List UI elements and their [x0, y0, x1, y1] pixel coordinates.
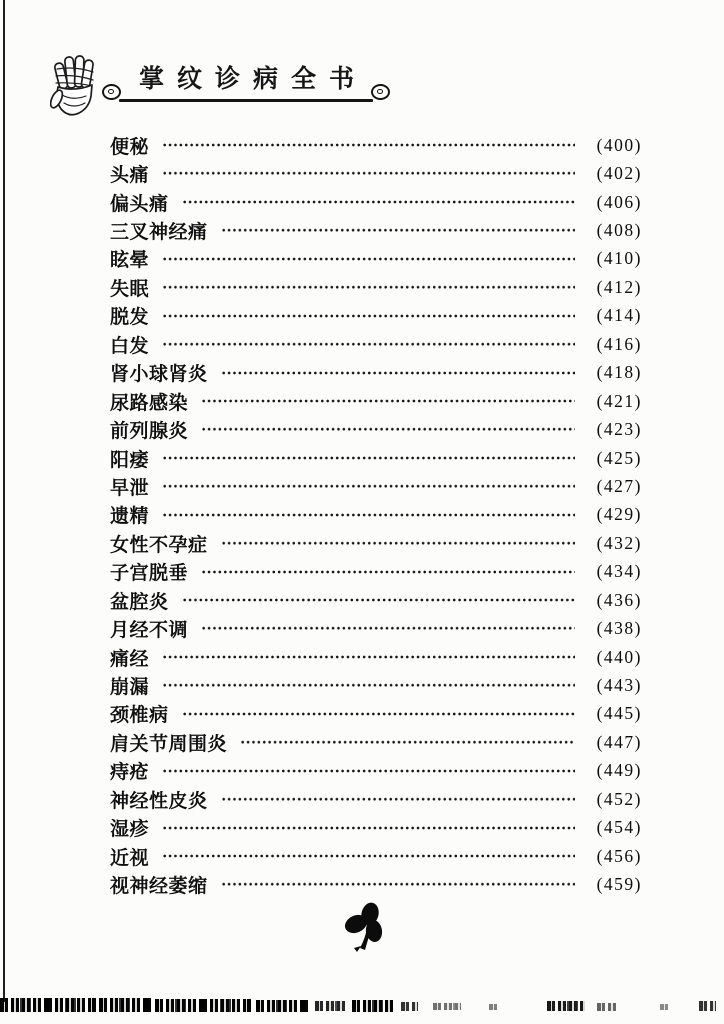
dot-leader — [162, 671, 575, 699]
dot-leader — [162, 330, 575, 358]
toc-row: 脱发 (414) — [110, 302, 642, 330]
toc-entry-page: (445) — [585, 703, 642, 724]
toc-entry-page: (423) — [585, 419, 642, 440]
toc-row: 偏头痛 (406) — [110, 188, 642, 216]
toc-entry-page: (438) — [585, 618, 642, 639]
dot-leader — [201, 614, 575, 642]
scan-noise — [0, 995, 724, 1017]
toc-entry-page: (436) — [585, 590, 642, 611]
toc-entry-page: (429) — [585, 504, 642, 525]
toc-entry-label: 神经性皮炎 — [110, 786, 208, 813]
toc-row: 便秘 (400) — [110, 131, 642, 159]
dot-leader — [221, 359, 575, 387]
toc-row: 失眠 (412) — [110, 273, 642, 301]
toc-entry-label: 崩漏 — [110, 672, 149, 699]
toc-entry-label: 头痛 — [110, 160, 149, 187]
toc-row: 视神经萎缩 (459) — [110, 870, 642, 898]
toc-row: 近视 (456) — [110, 842, 642, 870]
toc-entry-page: (408) — [585, 220, 642, 241]
dot-leader — [201, 558, 575, 586]
toc-entry-label: 尿路感染 — [110, 388, 188, 415]
dot-leader — [162, 757, 575, 785]
dot-leader — [182, 586, 575, 614]
ring-ornament-right — [371, 84, 390, 100]
toc-list: 便秘 (400) 头痛 (402) 偏头痛 (406) 三叉神经痛 (408) — [110, 131, 642, 899]
book-title: 掌纹诊病全书 — [139, 63, 367, 97]
dot-leader — [182, 188, 575, 216]
title-underline — [119, 99, 373, 102]
dot-leader — [162, 245, 575, 273]
toc-entry-label: 颈椎病 — [110, 700, 169, 727]
toc-entry-page: (443) — [585, 675, 642, 696]
toc-entry-label: 女性不孕症 — [110, 530, 208, 557]
toc-row: 女性不孕症 (432) — [110, 529, 642, 557]
toc-row: 痛经 (440) — [110, 643, 642, 671]
toc-entry-label: 眩晕 — [110, 245, 149, 272]
toc-entry-label: 子宫脱垂 — [110, 558, 188, 585]
toc-row: 神经性皮炎 (452) — [110, 785, 642, 813]
toc-entry-page: (421) — [585, 391, 642, 412]
toc-row: 肩关节周围炎 (447) — [110, 728, 642, 756]
toc-row: 三叉神经痛 (408) — [110, 216, 642, 244]
dot-leader — [201, 415, 575, 443]
toc-entry-page: (434) — [585, 561, 642, 582]
toc-entry-page: (459) — [585, 874, 642, 895]
toc-entry-label: 湿疹 — [110, 814, 149, 841]
dot-leader — [162, 444, 575, 472]
toc-entry-label: 便秘 — [110, 132, 149, 159]
toc-entry-page: (412) — [585, 277, 642, 298]
book-page: 掌纹诊病全书 便秘 (400) 头痛 (402) 偏头痛 (406) — [0, 0, 724, 1024]
palm-logo-icon — [50, 54, 98, 118]
dot-leader — [221, 870, 575, 898]
dot-leader — [162, 472, 575, 500]
dot-leader — [162, 501, 575, 529]
toc-entry-page: (456) — [585, 846, 642, 867]
toc-entry-label: 痛经 — [110, 644, 149, 671]
dot-leader — [162, 273, 575, 301]
dot-leader — [162, 302, 575, 330]
toc-row: 肾小球肾炎 (418) — [110, 359, 642, 387]
toc-entry-page: (410) — [585, 248, 642, 269]
dot-leader — [221, 529, 575, 557]
toc-entry-page: (406) — [585, 192, 642, 213]
clover-ornament-icon — [337, 901, 395, 956]
toc-entry-label: 痔疮 — [110, 757, 149, 784]
toc-entry-label: 脱发 — [110, 302, 149, 329]
toc-entry-label: 早泄 — [110, 473, 149, 500]
dot-leader — [221, 216, 575, 244]
toc-row: 崩漏 (443) — [110, 671, 642, 699]
dot-leader — [162, 814, 575, 842]
toc-entry-label: 白发 — [110, 331, 149, 358]
toc-entry-page: (425) — [585, 448, 642, 469]
toc-entry-page: (447) — [585, 732, 642, 753]
toc-row: 遗精 (429) — [110, 501, 642, 529]
toc-row: 阳痿 (425) — [110, 444, 642, 472]
toc-entry-page: (414) — [585, 305, 642, 326]
toc-entry-page: (452) — [585, 789, 642, 810]
dot-leader — [162, 643, 575, 671]
dot-leader — [182, 700, 575, 728]
toc-row: 头痛 (402) — [110, 159, 642, 187]
toc-entry-page: (449) — [585, 760, 642, 781]
dot-leader — [240, 728, 575, 756]
toc-row: 眩晕 (410) — [110, 245, 642, 273]
toc-entry-page: (454) — [585, 817, 642, 838]
dot-leader — [162, 842, 575, 870]
toc-entry-label: 阳痿 — [110, 445, 149, 472]
toc-entry-page: (418) — [585, 362, 642, 383]
toc-entry-page: (427) — [585, 476, 642, 497]
toc-entry-label: 遗精 — [110, 501, 149, 528]
toc-entry-page: (416) — [585, 334, 642, 355]
toc-row: 尿路感染 (421) — [110, 387, 642, 415]
toc-entry-label: 失眠 — [110, 274, 149, 301]
toc-entry-label: 肾小球肾炎 — [110, 359, 208, 386]
toc-row: 颈椎病 (445) — [110, 700, 642, 728]
toc-row: 湿疹 (454) — [110, 814, 642, 842]
toc-entry-label: 月经不调 — [110, 615, 188, 642]
toc-row: 痔疮 (449) — [110, 757, 642, 785]
toc-entry-label: 前列腺炎 — [110, 416, 188, 443]
toc-row: 前列腺炎 (423) — [110, 415, 642, 443]
toc-entry-label: 盆腔炎 — [110, 587, 169, 614]
dot-leader — [162, 159, 575, 187]
toc-entry-page: (432) — [585, 533, 642, 554]
toc-row: 子宫脱垂 (434) — [110, 558, 642, 586]
toc-entry-label: 三叉神经痛 — [110, 217, 208, 244]
ring-ornament-left — [102, 84, 121, 100]
dot-leader — [162, 131, 575, 159]
toc-row: 月经不调 (438) — [110, 614, 642, 642]
toc-entry-label: 偏头痛 — [110, 189, 169, 216]
toc-entry-label: 近视 — [110, 843, 149, 870]
toc-entry-label: 肩关节周围炎 — [110, 729, 227, 756]
toc-row: 早泄 (427) — [110, 472, 642, 500]
toc-entry-page: (440) — [585, 647, 642, 668]
toc-entry-label: 视神经萎缩 — [110, 871, 208, 898]
dot-leader — [221, 785, 575, 813]
toc-entry-page: (400) — [585, 135, 642, 156]
toc-row: 盆腔炎 (436) — [110, 586, 642, 614]
toc-row: 白发 (416) — [110, 330, 642, 358]
dot-leader — [201, 387, 575, 415]
scan-edge-line — [3, 0, 5, 1002]
toc-entry-page: (402) — [585, 163, 642, 184]
